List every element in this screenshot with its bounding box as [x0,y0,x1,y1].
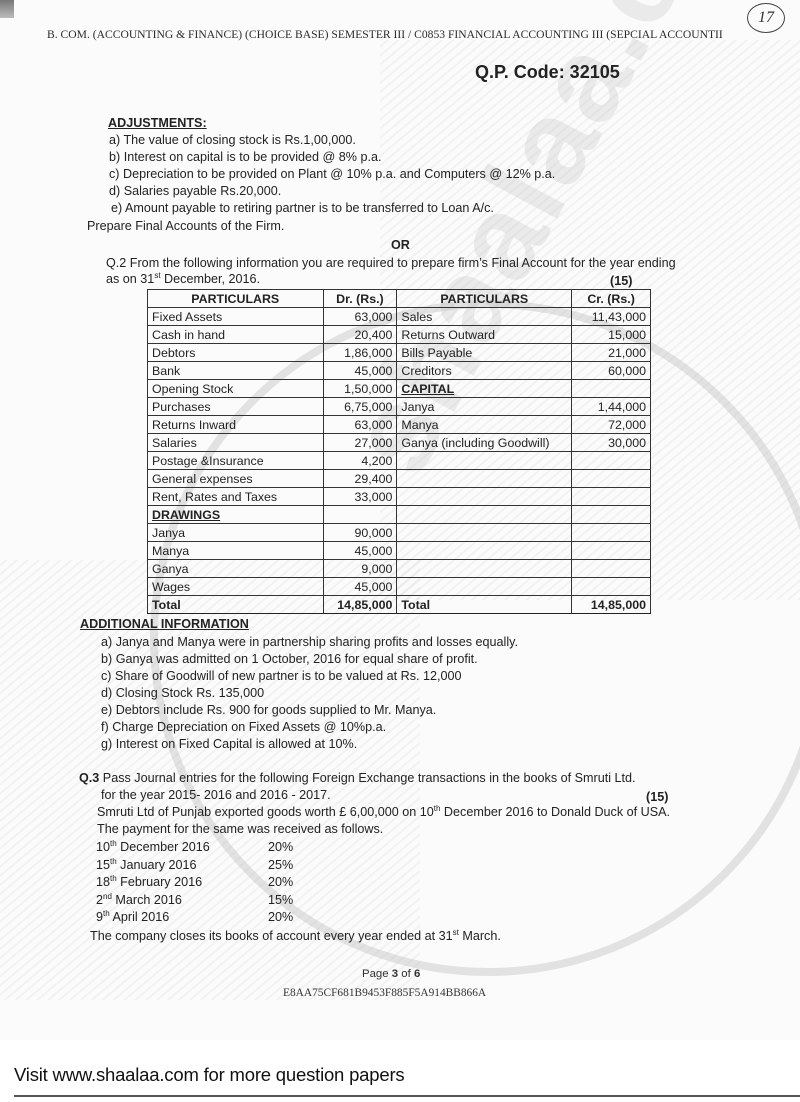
col-header: PARTICULARS [148,290,324,308]
payment-percent: 15% [268,893,293,907]
dr-particular: Janya [148,524,324,542]
cr-particular [397,560,572,578]
additional-info-heading: ADDITIONAL INFORMATION [80,617,249,631]
table-row: Wages45,000 [148,578,651,596]
adjustment-item: e) Amount payable to retiring partner is… [111,201,494,215]
or-divider: OR [391,238,410,252]
table-row: Returns Inward63,000Manya72,000 [148,416,651,434]
dr-total: 14,85,000 [323,596,397,614]
cr-particular: Sales [397,308,572,326]
table-row: Manya45,000 [148,542,651,560]
additional-info-item: b) Ganya was admitted on 1 October, 2016… [101,652,478,666]
table-row: Ganya9,000 [148,560,651,578]
cr-amount: 11,43,000 [572,308,651,326]
cr-particular: Ganya (including Goodwill) [397,434,572,452]
trial-balance-table: PARTICULARS Dr. (Rs.) PARTICULARS Cr. (R… [147,289,651,614]
additional-info-item: f) Charge Depreciation on Fixed Assets @… [101,720,386,734]
payment-date: 10th December 2016 [96,840,210,854]
exam-page: shaalaa.com B. COM. (ACCOUNTING & FINANC… [0,0,800,1040]
cr-total-label: Total [397,596,572,614]
table-row: Postage &Insurance4,200 [148,452,651,470]
table-row: Purchases6,75,000Janya1,44,000 [148,398,651,416]
dr-particular: Fixed Assets [148,308,324,326]
dr-amount: 33,000 [323,488,397,506]
dr-amount: 45,000 [323,362,397,380]
cr-particular [397,506,572,524]
adjustments-heading: ADJUSTMENTS: [108,116,207,130]
payment-date: 18th February 2016 [96,875,202,889]
payment-date: 15th January 2016 [96,858,197,872]
dr-amount: 1,50,000 [323,380,397,398]
cr-amount [572,452,651,470]
additional-info-item: g) Interest on Fixed Capital is allowed … [101,737,357,751]
q3-closing-note: The company closes its books of account … [90,929,501,943]
table-row: Fixed Assets63,000Sales11,43,000 [148,308,651,326]
cr-amount: 15,000 [572,326,651,344]
cr-particular: Janya [397,398,572,416]
q3-prompt-years: for the year 2015- 2016 and 2016 - 2017. [101,788,331,802]
dr-amount: 63,000 [323,416,397,434]
payment-percent: 20% [268,875,293,889]
payment-date: 2nd March 2016 [96,893,182,907]
cr-amount [572,578,651,596]
dr-particular: General expenses [148,470,324,488]
dr-particular: Postage &Insurance [148,452,324,470]
dr-particular: Wages [148,578,324,596]
cr-particular [397,488,572,506]
scan-corner-mark [0,0,14,18]
cr-amount [572,380,651,398]
additional-info-item: d) Closing Stock Rs. 135,000 [101,686,264,700]
q2-prompt-date: as on 31st December, 2016. [106,272,260,286]
dr-amount [323,506,397,524]
table-row: Debtors1,86,000Bills Payable21,000 [148,344,651,362]
dr-particular: Cash in hand [148,326,324,344]
dr-particular: Bank [148,362,324,380]
cr-particular [397,542,572,560]
col-header: Dr. (Rs.) [323,290,397,308]
cr-amount [572,524,651,542]
dr-amount: 4,200 [323,452,397,470]
q3-export-line: Smruti Ltd of Punjab exported goods wort… [97,805,670,819]
col-header: PARTICULARS [397,290,572,308]
promo-link[interactable]: Visit www.shaalaa.com for more question … [14,1064,404,1086]
q3-marks: (15) [646,790,668,804]
dr-particular: Manya [148,542,324,560]
dr-amount: 20,400 [323,326,397,344]
table-row: Salaries27,000Ganya (including Goodwill)… [148,434,651,452]
page-indicator: Page 3 of 6 [362,968,420,980]
table-row: Janya90,000 [148,524,651,542]
adjustment-item: a) The value of closing stock is Rs.1,00… [109,133,356,147]
dr-amount: 9,000 [323,560,397,578]
dr-amount: 45,000 [323,542,397,560]
adjustment-item: b) Interest on capital is to be provided… [109,150,382,164]
table-row: Rent, Rates and Taxes33,000 [148,488,651,506]
dr-amount: 6,75,000 [323,398,397,416]
dr-particular: Opening Stock [148,380,324,398]
adjustment-item: d) Salaries payable Rs.20,000. [109,184,281,198]
qp-code: Q.P. Code: 32105 [475,62,620,83]
cr-particular: Manya [397,416,572,434]
course-header: B. COM. (ACCOUNTING & FINANCE) (CHOICE B… [47,28,800,41]
q3-payment-intro: The payment for the same was received as… [97,822,383,836]
dr-amount: 29,400 [323,470,397,488]
dr-particular: Returns Inward [148,416,324,434]
dr-amount: 45,000 [323,578,397,596]
table-row: Opening Stock1,50,000CAPITAL [148,380,651,398]
dr-total-label: Total [148,596,324,614]
payment-date: 9th April 2016 [96,910,169,924]
dr-particular: DRAWINGS [148,506,324,524]
payment-percent: 25% [268,858,293,872]
dr-amount: 63,000 [323,308,397,326]
dr-amount: 27,000 [323,434,397,452]
cr-amount: 60,000 [572,362,651,380]
cr-particular [397,578,572,596]
dr-amount: 1,86,000 [323,344,397,362]
cr-amount [572,470,651,488]
cr-amount: 30,000 [572,434,651,452]
cr-amount [572,542,651,560]
dr-particular: Rent, Rates and Taxes [148,488,324,506]
cr-amount: 1,44,000 [572,398,651,416]
dr-amount: 90,000 [323,524,397,542]
document-hash: E8AA75CF681B9453F885F5A914BB866A [283,987,486,999]
handwritten-page-number: 17 [747,3,785,33]
promo-divider [14,1095,800,1097]
q3-prompt: Q.3 Pass Journal entries for the followi… [79,771,636,785]
dr-particular: Debtors [148,344,324,362]
cr-amount: 21,000 [572,344,651,362]
additional-info-item: c) Share of Goodwill of new partner is t… [101,669,462,683]
cr-amount [572,560,651,578]
dr-particular: Salaries [148,434,324,452]
table-total-row: Total14,85,000Total14,85,000 [148,596,651,614]
cr-amount [572,506,651,524]
cr-total: 14,85,000 [572,596,651,614]
cr-amount [572,488,651,506]
cr-particular [397,524,572,542]
dr-particular: Purchases [148,398,324,416]
adjustment-item: c) Depreciation to be provided on Plant … [109,167,555,181]
adjustments-instruction: Prepare Final Accounts of the Firm. [87,219,284,233]
cr-particular: Returns Outward [397,326,572,344]
table-row: General expenses29,400 [148,470,651,488]
q2-marks: (15) [610,274,632,288]
cr-particular [397,470,572,488]
cr-particular: CAPITAL [397,380,572,398]
payment-percent: 20% [268,910,293,924]
table-row: Cash in hand20,400Returns Outward15,000 [148,326,651,344]
q2-prompt: Q.2 From the following information you a… [106,256,676,270]
table-row: DRAWINGS [148,506,651,524]
table-header-row: PARTICULARS Dr. (Rs.) PARTICULARS Cr. (R… [148,290,651,308]
additional-info-item: a) Janya and Manya were in partnership s… [101,635,518,649]
cr-amount: 72,000 [572,416,651,434]
additional-info-item: e) Debtors include Rs. 900 for goods sup… [101,703,436,717]
cr-particular [397,452,572,470]
table-row: Bank45,000 Creditors60,000 [148,362,651,380]
col-header: Cr. (Rs.) [572,290,651,308]
payment-percent: 20% [268,840,293,854]
cr-particular: Creditors [397,362,572,380]
cr-particular: Bills Payable [397,344,572,362]
dr-particular: Ganya [148,560,324,578]
